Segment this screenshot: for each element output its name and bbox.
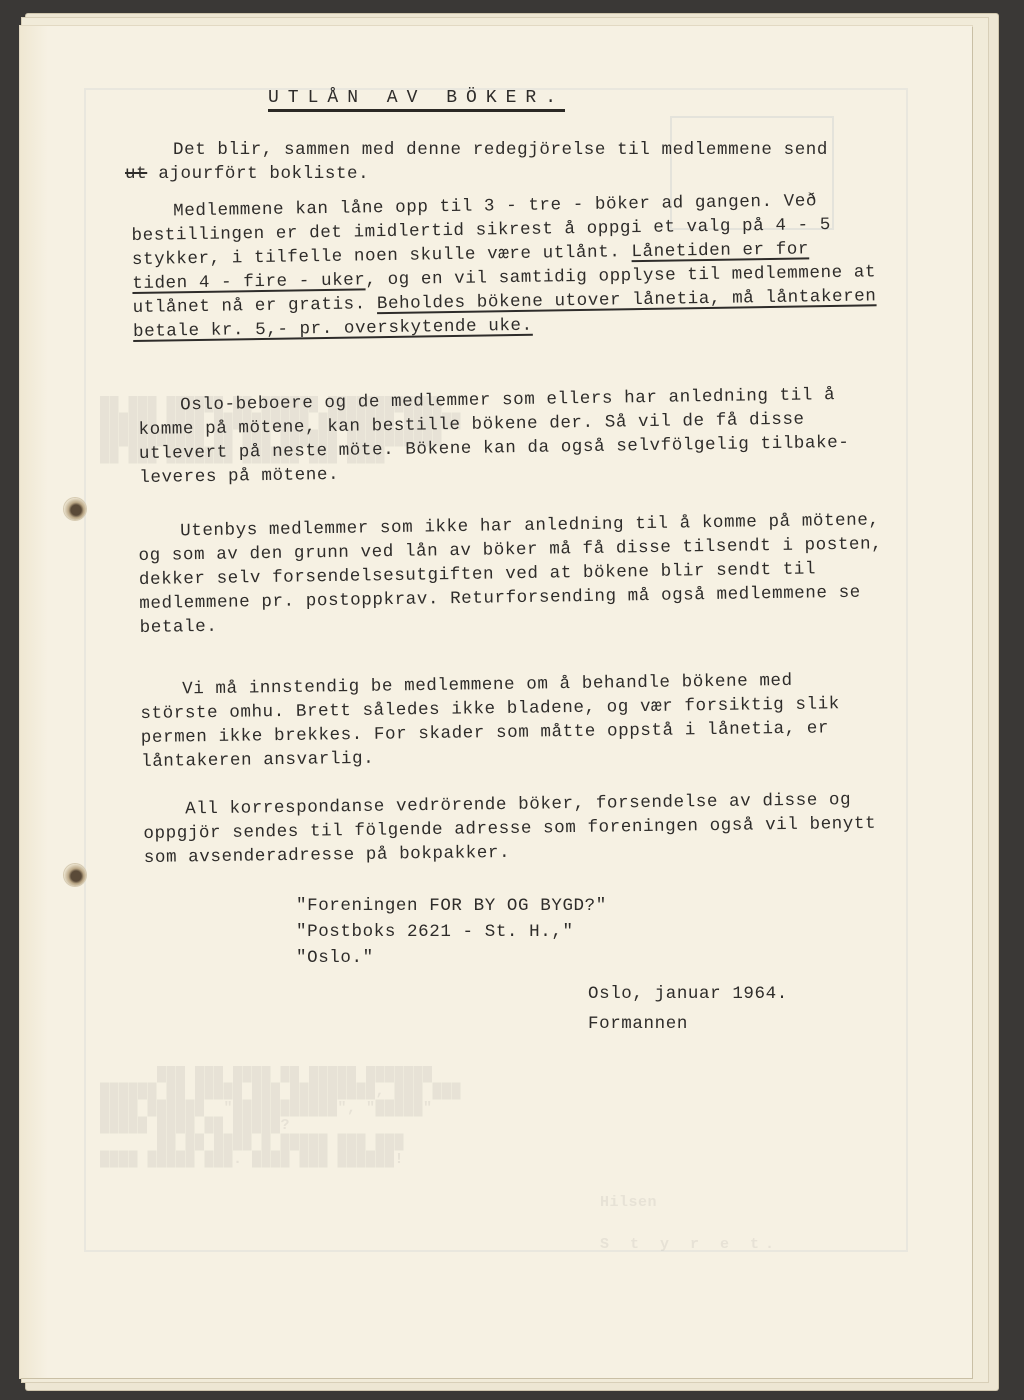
underlined-loan-weeks: tiden 4 - fire - uker [132, 270, 365, 294]
punch-hole-upper [64, 498, 86, 520]
signature: Formannen [588, 1014, 688, 1034]
paragraph-intro: Det blir, sammen med denne redegjörelse … [173, 138, 828, 186]
page-edge-shading [20, 26, 48, 1378]
struck-word: ut [125, 164, 147, 184]
bleed-through-greeting: Hilsen [600, 1194, 800, 1214]
paragraph-oslo-residents: Oslo-beboere og de medlemmer som ellers … [138, 383, 850, 490]
underlined-overdue-fee: betale kr. 5,- pr. overskytende uke. [133, 316, 533, 342]
text-fragment: utlånet nå er gratis. [133, 294, 378, 318]
text-fragment: ajourfört bokliste. [147, 164, 369, 184]
place-date: Oslo, januar 1964. [588, 984, 788, 1004]
paragraph-loan-terms: Medlemmene kan låne opp til 3 - tre - bö… [131, 188, 877, 344]
document-title: UTLÅN AV BÖKER. [268, 88, 565, 112]
address-block: "Foreningen FOR BY OG BYGD?" "Postboks 2… [296, 894, 607, 972]
text-line: Det blir, sammen med denne redegjörelse … [173, 138, 828, 162]
address-line-city: "Oslo." [296, 946, 607, 972]
bleed-through-signature: S t y r e t. [600, 1236, 800, 1256]
paragraph-correspondence: All korrespondanse vedrörende böker, for… [143, 788, 877, 870]
document-page: ██ ███ ██████ ██ ██████ ████████████ ███… [20, 26, 972, 1378]
text-line: ut ajourfört bokliste. [125, 162, 828, 186]
underlined-loan-period: Lånetiden er for [631, 239, 809, 262]
paragraph-out-of-town: Utenbys medlemmer som ikke har anledning… [138, 508, 884, 640]
address-line-organization: "Foreningen FOR BY OG BYGD?" [296, 894, 607, 920]
address-line-postbox: "Postboks 2621 - St. H.," [296, 920, 607, 946]
punch-hole-lower [64, 864, 86, 886]
paragraph-care: Vi må innstendig be medlemmene om å beha… [140, 668, 841, 774]
